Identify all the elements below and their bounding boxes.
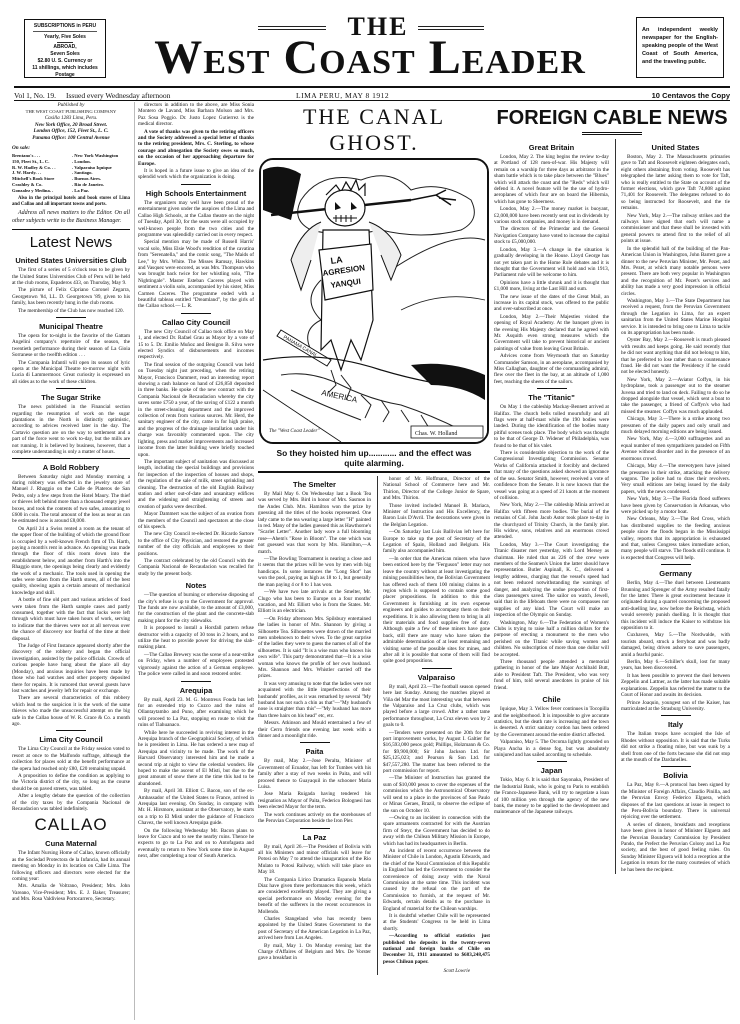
article-heading: Callao City Council — [138, 318, 254, 327]
article-arequipa: Arequipa By mail, April 23. M. G. Montre… — [138, 686, 254, 860]
article-paragraph: The Compania Lirico Dramatica Espanola M… — [258, 877, 371, 915]
subscriptions-postage: Postage — [25, 72, 105, 79]
article-divider — [56, 730, 86, 731]
article-paragraph: By mail, May 2.—Jose Peralta, Minister o… — [258, 758, 371, 790]
article-paragraph: It has been possible to prevent the duel… — [621, 673, 730, 699]
article-paragraph: —On Friday afternoon Mrs. Spilsbury ente… — [258, 616, 371, 680]
article-signature: Scott Lowrie — [383, 968, 490, 974]
article-divider — [56, 388, 86, 389]
article-heading: La Paz — [258, 833, 371, 842]
article-paragraph: New Orleans, May 3.—The Red Cross, which… — [621, 516, 730, 561]
article-heading: Valparaiso — [383, 673, 490, 682]
article-paragraph: Berlin, May 4.—The duel between Lieutena… — [621, 580, 730, 631]
article-la-paz-continued: honor of Mr. Hoffmann, Director of the N… — [383, 476, 490, 665]
cartoon-credit-right: Chas. W. Holland — [415, 431, 457, 437]
column-4: FOREIGN CABLE NEWS Great Britain London,… — [494, 102, 730, 1020]
column-3: THE CANAL GHOST. LA AGRESION YANQUI PANA… — [258, 102, 490, 1020]
article-paragraph: —The Bowling Tournament is nearing a clo… — [258, 556, 371, 588]
article-bolivia: Bolivia La Paz, May 8.—A protocol has be… — [621, 771, 730, 873]
article-heading: Notes — [138, 581, 254, 590]
article-paragraph: It is doubtful whether Chile will be rep… — [383, 913, 490, 932]
article-paragraph: honor of Mr. Hoffmann, Director of the N… — [383, 476, 490, 502]
article-paragraph: By mail, May 1. On Monday evening last t… — [258, 943, 371, 962]
article-paragraph: New York, May 2.—Aviator Coffyn, in his … — [621, 377, 730, 415]
article-paragraph: The work continues actively on the store… — [258, 812, 371, 825]
sale-agent: Gonzalez y Medina. . — [12, 188, 72, 194]
article-paragraph: The Judge of First Instance appeared sho… — [12, 643, 130, 694]
dateline-bar: Vol 1, No. 19.Issued every Wednesday aft… — [14, 86, 730, 100]
col3-left: The Smelter By Mail May 6. On Wednesday … — [258, 476, 371, 975]
article-heading: Lima City Council — [12, 735, 130, 744]
on-sale-label: On sale: — [12, 145, 130, 151]
article-paragraph: Between Saturday night and Monday mornin… — [12, 474, 130, 525]
canal-ghost-cartoon: LA AGRESION YANQUI PANAMA CANAL AMERICA … — [259, 158, 489, 444]
publisher-address: Casilla 1283 Lima, Peru. — [12, 115, 130, 122]
article-great-britain: Great Britain London, May 2. The king be… — [494, 143, 609, 385]
article-divider — [300, 742, 330, 743]
cartoon-rule — [258, 471, 490, 473]
article-paragraph: —The question of burning or otherwise di… — [138, 592, 254, 624]
article-paragraph: A vote of thanks was given to the retiri… — [138, 129, 254, 167]
article-paragraph: Charles Stangeland who has recently been… — [258, 916, 371, 942]
article-paragraph: The first of a series of 5 o'clock teas … — [12, 267, 130, 286]
subscriptions-ear: SUBSCRIPTIONS in PERU Yearly, Five Soles… — [24, 19, 106, 78]
article-paragraph: The new City Council of Callao took offi… — [138, 329, 254, 361]
section-rule — [12, 229, 130, 230]
article-paragraph: By mail, April 23. M. G. Montreux Fonda … — [138, 697, 254, 729]
issue-frequency: Issued every Wednesday afternoon — [66, 91, 170, 100]
article-paragraph: Valparaiso, May 5. The Orcoma lightly gr… — [494, 739, 609, 758]
article-paragraph: The Infant Nursing Home of Callao, known… — [12, 850, 130, 882]
article-paragraph: Advices come from Weymouth that on Satur… — [494, 353, 609, 385]
article-paita: Paita By mail, May 2.—Jose Peralta, Mini… — [258, 747, 371, 824]
article-paragraph: Oyster Bay, May 2.—Roosevelt is much ple… — [621, 337, 730, 375]
article-germany: Germany Berlin, May 4.—The duel between … — [621, 569, 730, 712]
article-paragraph: London, May 3.—A change in the situation… — [494, 247, 609, 279]
article-paragraph: Iquique, May 3. Yellow fever continues i… — [494, 706, 609, 738]
article-la-paz: La Paz By mail, April 26.—The President … — [258, 833, 371, 962]
article-paragraph: London, May 2. The king begins the revie… — [494, 154, 609, 205]
article-valparaiso: Valparaiso By mail, April 23.—The footba… — [383, 673, 490, 975]
article-paragraph: Tokio, May 6. It is said that Sayonaka, … — [494, 777, 609, 815]
article-paragraph: Jose Maria Ruigada having tendered his r… — [258, 791, 371, 810]
sale-place: . La Paz. — [72, 188, 130, 194]
article-paragraph: The membership of the Club has now reach… — [12, 308, 130, 314]
article-heading: High Schools Entertainment — [138, 189, 254, 198]
ornament-rule-left — [258, 26, 326, 30]
caption-line-1: So they hoisted him up............ and t… — [258, 448, 490, 458]
article-heading: United States Universities Club — [12, 256, 130, 265]
article-paragraph: New York, May 4.—3,000 suffragettes and … — [621, 436, 730, 462]
article-bold-robbery: A Bold Robbery Between Saturday night an… — [12, 463, 130, 728]
article-paragraph: Mayor Dammert was the subject of an ovat… — [138, 511, 254, 530]
article-paragraph: Berlin, May 6.—Schiller's skull, lost fo… — [621, 659, 730, 672]
article-divider — [537, 388, 567, 389]
article-heading: Cuna Maternal — [12, 839, 130, 848]
article-paragraph: The Compania Infantil will open its seas… — [12, 360, 130, 386]
article-paragraph: Messrs. Atkinson and Mould entertained a… — [258, 720, 371, 739]
article-paragraph: In the splendid hall of the building of … — [621, 246, 730, 297]
article-italy: Italy The Italian troops have occupied t… — [621, 720, 730, 763]
latest-news-heading: Latest News — [12, 234, 130, 252]
article-paragraph: New York, May 3.—The Florida flood suffe… — [621, 496, 730, 515]
publisher-name: THE WEST COAST PUBLISHING COMPANY — [12, 109, 130, 116]
article-municipal-theatre: Municipal Theatre The opera for to-night… — [12, 322, 130, 385]
article-heading: Chile — [494, 695, 609, 704]
article-paragraph: On April 24 a Swiss rented a room as the… — [12, 526, 130, 596]
subscriptions-abroad: ABROAD, — [25, 44, 105, 51]
article-paragraph: After a lengthy debate the question of t… — [12, 793, 130, 812]
article-divider — [181, 313, 211, 314]
article-heading: Great Britain — [494, 143, 609, 152]
article-universities-club: United States Universities Club The firs… — [12, 256, 130, 314]
subscriptions-shillings: 11 shillings, which includes — [25, 65, 105, 72]
article-heading: Japan — [494, 766, 609, 775]
cartoon-title: THE CANAL GHOST. — [258, 104, 490, 156]
article-paragraph: Cuxhaven, May 5.—The Nordwalde, with tou… — [621, 632, 730, 658]
article-callao-council: Callao City Council The new City Council… — [138, 318, 254, 577]
subscriptions-abroad-price: Seven Soles — [25, 51, 105, 58]
col4-left: Great Britain London, May 2. The king be… — [494, 139, 609, 874]
article-divider — [300, 828, 330, 829]
article-paragraph: —On Saturday last Luis Ballivian left he… — [383, 529, 490, 555]
article-paragraph: It is hoped in a future issue to give an… — [138, 168, 254, 181]
article-paragraph: Mrs. Amalia de Voltrano, President; Mrs.… — [12, 883, 130, 902]
article-paragraph: On the following Wednesday Mr. Bacon pla… — [138, 828, 254, 860]
article-heading: Municipal Theatre — [12, 322, 130, 331]
article-paragraph: By mail, April 30. Elliott C. Bacon, son… — [138, 788, 254, 826]
article-heading: Paita — [258, 747, 371, 756]
article-paragraph: Special mention may be made of Russell H… — [138, 239, 254, 309]
article-chile: Chile Iquique, May 3. Yellow fever conti… — [494, 695, 609, 758]
article-heading: Bolivia — [621, 771, 730, 780]
article-divider — [181, 681, 211, 682]
article-paragraph: —Owing to an incident in connection with… — [383, 815, 490, 847]
ghost-illustration-icon: LA AGRESION YANQUI PANAMA CANAL AMERICA … — [261, 160, 487, 442]
article-divider — [12, 458, 130, 459]
description-ear: An independent weekly newspaper for the … — [636, 17, 724, 78]
also-on-sale: Also in the principal hotels and book st… — [12, 196, 130, 209]
published-by-label: Published by — [12, 102, 130, 109]
foreign-cable-news-title: FOREIGN CABLE NEWS — [494, 106, 730, 130]
masthead-title: West Coast Leader — [140, 34, 600, 82]
dateline-rule — [14, 100, 730, 101]
article-divider — [661, 715, 691, 716]
article-paragraph: Those invited included Manuel B. Mariaca… — [383, 503, 490, 529]
article-paragraph: On May 1 the cableship Mackay-Bennett ar… — [494, 404, 609, 449]
article-heading: United States — [621, 143, 730, 152]
article-united-states: United States Boston, May 2. The Massach… — [621, 143, 730, 561]
subscriptions-currency: $2.80 U. S. Currency or — [25, 58, 105, 65]
cartoon-credit-left: The "West Coast Leader" — [269, 429, 320, 434]
article-paragraph: A bottle of fine old port and various ar… — [12, 597, 130, 642]
article-paragraph: London, May 3.—The Court investigating t… — [494, 542, 609, 619]
ornament-rule-right — [418, 26, 484, 30]
article-japan: Japan Tokio, May 6. It is said that Sayo… — [494, 766, 609, 815]
article-paragraph: The important subject of sanitation was … — [138, 459, 254, 510]
article-paragraph: Three thousand people attended a memoria… — [494, 659, 609, 691]
article-paragraph: —Tenders were presented on the 20th for … — [383, 730, 490, 775]
article-paragraph: The Italian troops have occupied the Isl… — [621, 731, 730, 763]
article-paragraph: New York, May 2.—The cableship Minia arr… — [494, 502, 609, 540]
article-titanic: The "Titanic" On May 1 the cableship Mac… — [494, 393, 609, 691]
article-paragraph: Washington, May 6.—The Federation of Wom… — [494, 620, 609, 658]
article-heading: The "Titanic" — [494, 393, 609, 402]
article-paragraph: A series of dinners, breakfasts and rece… — [621, 822, 730, 873]
article-paragraph: —In order that the American miners who h… — [383, 556, 490, 665]
article-paragraph: London, May 2.—Their Majesties visited t… — [494, 314, 609, 352]
article-paragraph: By mail, April 26.—The President of Boli… — [258, 844, 371, 876]
panama-office: Panama Office: 108 Central Avenue — [12, 135, 130, 142]
london-office: London Office, 152, Fleet St., L. C. — [12, 128, 130, 135]
col4-subcolumns: Great Britain London, May 2. The king be… — [494, 139, 730, 874]
article-heading: Arequipa — [138, 686, 254, 695]
article-paragraph: Opinions have a little shrunk and it is … — [494, 280, 609, 293]
article-paragraph: Prince Joaquin, youngest son of the Kais… — [621, 700, 730, 713]
article-paragraph: La Paz, May 8.—A protocol has been signe… — [621, 782, 730, 820]
article-paragraph: The directors of the Primerdar and the G… — [494, 226, 609, 245]
article-divider — [56, 317, 86, 318]
article-heading: The Smelter — [258, 480, 371, 489]
ny-office: New York Office, 20 Broad Street. — [12, 122, 130, 129]
article-notes: Notes —The question of burning or otherw… — [138, 581, 254, 677]
article-divider — [661, 564, 691, 565]
article-paragraph: Boston, May 2. The Massachusetts primari… — [621, 154, 730, 212]
article-divider — [537, 761, 567, 762]
article-paragraph: —According to official statistics just p… — [383, 933, 490, 965]
article-smelter: The Smelter By Mail May 6. On Wednesday … — [258, 480, 371, 739]
article-paragraph: London, May 2.—The money market is buoya… — [494, 206, 609, 225]
article-paragraph: It was very amusing to note that the lad… — [258, 681, 371, 719]
article-paragraph: directors in addition to the above, are … — [138, 102, 254, 128]
article-paragraph: By mail, April 23.—The football season o… — [383, 684, 490, 729]
article-heading: A Bold Robbery — [12, 463, 130, 472]
cartoon-caption: So they hoisted him up............ and t… — [258, 448, 490, 468]
article-paragraph: The opera for to-night is the favorite o… — [12, 333, 130, 359]
article-paragraph: The news published in the Financial sect… — [12, 404, 130, 455]
col3-subcolumns: The Smelter By Mail May 6. On Wednesday … — [258, 476, 490, 975]
ear-divider — [57, 42, 73, 43]
article-paragraph: The picture of Felix Cipriano Coronel Ze… — [12, 287, 130, 306]
col4-right: United States Boston, May 2. The Massach… — [615, 139, 730, 874]
article-paragraph: —We have two late arrivals at the Smelte… — [258, 589, 371, 615]
banner-la: LA — [330, 254, 344, 266]
col3-right: honor of Mr. Hoffmann, Director of the N… — [377, 476, 490, 975]
callao-section-heading: CALLAO — [12, 815, 130, 835]
article-paragraph: There are several characteristics of thi… — [12, 695, 130, 727]
on-sale-list: Brentano's . . .. New York Washington 15… — [12, 153, 130, 194]
article-paragraph: An incident of recent occurrence between… — [383, 848, 490, 912]
article-paragraph: —The Minister of Instruction has granted… — [383, 775, 490, 813]
article-paragraph: Chicago, May 3.—There is a strike among … — [621, 416, 730, 435]
publisher-block: Published by THE WEST COAST PUBLISHING C… — [12, 102, 130, 142]
masthead: SUBSCRIPTIONS in PERU Yearly, Five Soles… — [0, 0, 740, 82]
column-2: directors in addition to the above, are … — [134, 102, 254, 1020]
article-heading: The Sugar Strike — [12, 393, 130, 402]
article-high-schools: High Schools Entertainment The organizer… — [138, 189, 254, 310]
article-divider — [661, 766, 691, 767]
article-paragraph: —The Callao Brewery was the scene of a n… — [138, 652, 254, 678]
article-lima-city-council: Lima City Council The Lima City Council … — [12, 735, 130, 812]
title-rule — [582, 132, 642, 135]
article-sugar-strike: The Sugar Strike The news published in t… — [12, 393, 130, 455]
article-paragraph: The contract celebrated by the old Counc… — [138, 558, 254, 577]
subscriptions-yearly: Yearly, Five Soles — [25, 34, 105, 41]
article-paragraph: The new City Council re-elected Dr. Rica… — [138, 531, 254, 557]
article-paragraph: Chicago, May 4.—The stereotypers have jo… — [621, 463, 730, 495]
article-paragraph: The new issue of the dates of the Great … — [494, 294, 609, 313]
article-paragraph: While here he succeeded in reviving inte… — [138, 730, 254, 788]
address-note: Address all news matters to the Editor. … — [12, 210, 130, 225]
article-divider — [422, 668, 452, 669]
column-1: Published by THE WEST COAST PUBLISHING C… — [12, 102, 130, 1020]
article-paragraph: There is considerable objection to the w… — [494, 450, 609, 501]
subscriptions-title: SUBSCRIPTIONS in PERU — [33, 23, 97, 32]
article-divider — [181, 184, 211, 185]
article-paragraph: The organizers may well have been proud … — [138, 200, 254, 238]
article-heading: Italy — [621, 720, 730, 729]
article-heading: Germany — [621, 569, 730, 578]
article-paragraph: New York, May 2.—The railway strikes and… — [621, 213, 730, 245]
article-paragraph: A proposition to define the condition as… — [12, 773, 130, 792]
article-cuna-maternal: Cuna Maternal The Infant Nursing Home of… — [12, 839, 130, 902]
article-paragraph: Washington, May 3.—The State Department … — [621, 298, 730, 336]
caption-line-2: quite alarming. — [258, 458, 490, 468]
article-paragraph: By Mail May 6. On Wednesday last a Book … — [258, 491, 371, 555]
article-paragraph: The final session of the outgoing Counci… — [138, 362, 254, 458]
article-paragraph: It is proposed to install a Horsfall pat… — [138, 625, 254, 651]
article-paragraph: The Lima City Council at the Friday sess… — [12, 746, 130, 772]
volume-number: Vol 1, No. 19. — [14, 91, 56, 100]
